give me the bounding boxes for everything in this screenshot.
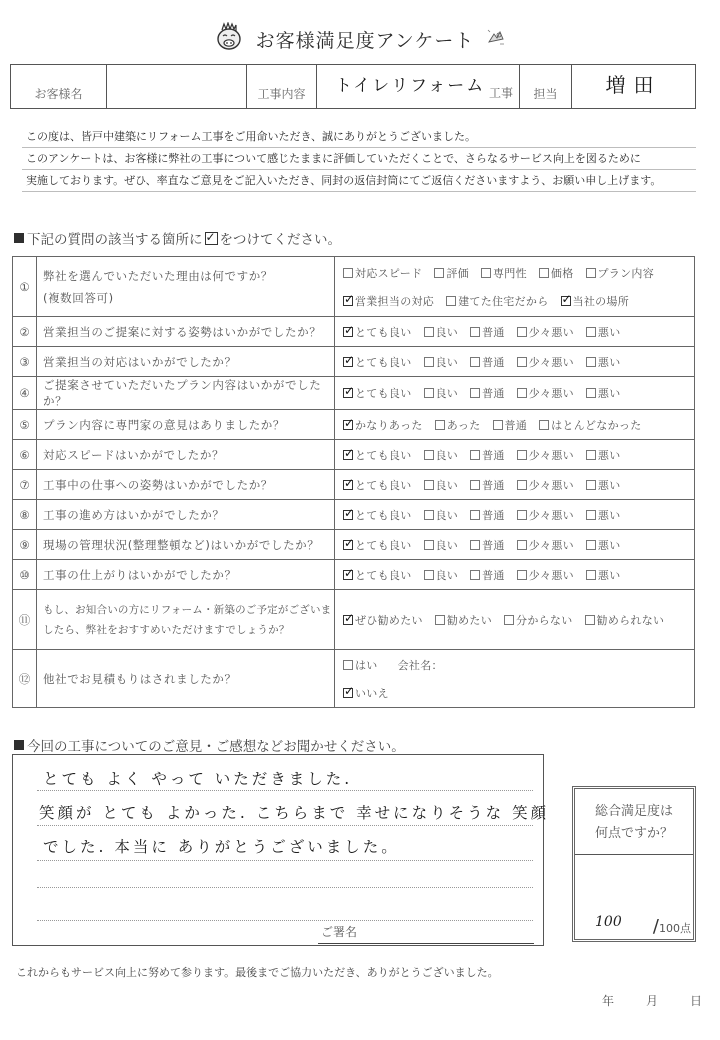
answer-options: とても良い良い普通少々悪い悪い (335, 377, 695, 410)
option-checkbox[interactable]: とても良い (343, 385, 412, 401)
pig-face-icon (214, 22, 244, 56)
option-checkbox[interactable]: 当社の場所 (561, 293, 630, 309)
option-line: ぜひ勧めたい勧めたい分からない勧められない (343, 612, 694, 628)
option-line: とても良い良い普通少々悪い悪い (343, 477, 694, 493)
option-label: 会社名： (398, 657, 443, 673)
option-label: とても良い (355, 447, 412, 463)
checked-box-icon[interactable] (343, 570, 353, 580)
option-label: いいえ (355, 685, 389, 701)
comments-heading: 今回の工事についてのご意見・ご感想などお聞かせください。 (14, 735, 405, 755)
question-number: ③ (13, 347, 37, 377)
questions-heading-after: をつけてください。 (220, 228, 342, 248)
empty-box-icon[interactable] (434, 268, 444, 278)
option-checkbox[interactable]: はい (343, 657, 378, 673)
year-label: 年 (602, 992, 614, 1009)
checked-box-icon[interactable] (343, 615, 353, 625)
comment-rule (37, 790, 533, 791)
customer-name-label: お客様名 (11, 65, 107, 108)
overall-score-box: 総合満足度は 何点ですか？ 100 /100点 (572, 786, 696, 942)
customer-info-table: お客様名 工事内容 トイレリフォーム 工事 担当 増田 (10, 64, 696, 109)
staff-label: 担当 (520, 65, 572, 108)
question-text: 工事の仕上がりはいかがでしたか？ (37, 560, 335, 590)
option-label: 悪い (598, 354, 621, 370)
option-label: 良い (436, 354, 459, 370)
option-label: 少々悪い (529, 354, 574, 370)
option-checkbox[interactable]: 悪い (586, 507, 621, 523)
option-checkbox[interactable]: 分からない (504, 612, 573, 628)
option-line: とても良い良い普通少々悪い悪い (343, 385, 694, 401)
question-number: ⑥ (13, 440, 37, 470)
question-label: 営業担当のご提案に対する姿勢はいかがでしたか？ (43, 324, 334, 340)
empty-box-icon[interactable] (470, 570, 480, 580)
option-checkbox[interactable]: 専門性 (481, 265, 527, 281)
option-label: とても良い (355, 324, 412, 340)
checked-box-icon[interactable] (343, 327, 353, 337)
square-bullet-icon (14, 740, 24, 750)
option-checkbox[interactable]: ぜひ勧めたい (343, 612, 423, 628)
question-text: プラン内容に専門家の意見はありましたか？ (37, 410, 335, 440)
option-label: 価格 (551, 265, 574, 281)
option-checkbox[interactable]: とても良い (343, 477, 412, 493)
intro-text: この度は、皆戸中建築にリフォーム工事をご用命いただき、誠にありがとうございました… (22, 126, 696, 192)
question-text: 工事中の仕事への姿勢はいかがでしたか？ (37, 470, 335, 500)
empty-box-icon[interactable] (470, 480, 480, 490)
option-label: 良い (436, 385, 459, 401)
square-bullet-icon (14, 233, 24, 243)
option-checkbox[interactable]: 少々悪い (517, 477, 574, 493)
empty-box-icon[interactable] (470, 388, 480, 398)
empty-box-icon[interactable] (470, 357, 480, 367)
option-checkbox[interactable]: プラン内容 (586, 265, 655, 281)
checked-box-icon[interactable] (343, 540, 353, 550)
option-checkbox[interactable]: 良い (424, 537, 459, 553)
option-checkbox[interactable]: とても良い (343, 507, 412, 523)
question-label: 弊社を選んでいただいた理由は何ですか？ (43, 268, 334, 284)
question-row: ⑥対応スピードはいかがでしたか？とても良い良い普通少々悪い悪い (13, 440, 695, 470)
question-label: 他社でお見積もりはされましたか？ (43, 671, 334, 687)
option-label: かなりあった (355, 417, 423, 433)
option-label: 良い (436, 507, 459, 523)
option-label: 普通 (482, 537, 505, 553)
option-checkbox[interactable]: 悪い (586, 567, 621, 583)
answer-options: とても良い良い普通少々悪い悪い (335, 317, 695, 347)
option-checkbox[interactable]: 普通 (470, 385, 505, 401)
option-label: 悪い (598, 567, 621, 583)
option-line: とても良い良い普通少々悪い悪い (343, 354, 694, 370)
question-label: 工事中の仕事への姿勢はいかがでしたか？ (43, 477, 334, 493)
work-suffix-label: 工事 (489, 66, 513, 101)
checked-box-icon[interactable] (343, 357, 353, 367)
empty-box-icon[interactable] (343, 268, 353, 278)
question-number: ⑪ (13, 590, 37, 650)
empty-box-icon[interactable] (539, 268, 549, 278)
option-label: 普通 (505, 417, 528, 433)
option-line: いいえ (343, 685, 694, 701)
option-checkbox[interactable]: 価格 (539, 265, 574, 281)
empty-box-icon[interactable] (517, 570, 527, 580)
question-text: 他社でお見積もりはされましたか？ (37, 650, 335, 708)
checked-box-icon[interactable] (343, 450, 353, 460)
question-subtext: (複数回答可) (43, 290, 334, 306)
checked-box-icon[interactable] (343, 296, 353, 306)
question-label: 現場の管理状況(整理整頓など)はいかがでしたか？ (43, 537, 334, 553)
empty-box-icon[interactable] (424, 480, 434, 490)
question-label: プラン内容に専門家の意見はありましたか？ (43, 417, 334, 433)
empty-box-icon[interactable] (446, 296, 456, 306)
title-wrap: お客様満足度アンケート (214, 22, 507, 56)
empty-box-icon[interactable] (586, 388, 596, 398)
empty-box-icon[interactable] (470, 327, 480, 337)
empty-box-icon[interactable] (470, 540, 480, 550)
question-row: ⑧工事の進め方はいかがでしたか？とても良い良い普通少々悪い悪い (13, 500, 695, 530)
empty-box-icon[interactable] (517, 388, 527, 398)
option-line: とても良い良い普通少々悪い悪い (343, 567, 694, 583)
answer-options: とても良い良い普通少々悪い悪い (335, 440, 695, 470)
option-label: 悪い (598, 507, 621, 523)
closing-text: これからもサービス向上に努めて参ります。最後までご協力いただき、ありがとうござい… (16, 964, 499, 980)
option-checkbox[interactable]: 少々悪い (517, 567, 574, 583)
option-line: とても良い良い普通少々悪い悪い (343, 507, 694, 523)
option-label: とても良い (355, 507, 412, 523)
option-checkbox[interactable]: 良い (424, 477, 459, 493)
empty-box-icon[interactable] (517, 510, 527, 520)
staff-value: 増田 (606, 69, 662, 98)
intro-line-3: 実施しております。ぜひ、率直なご意見をご記入いただき、同封の返信封筒にてご返信く… (22, 170, 696, 192)
option-checkbox[interactable]: 良い (424, 507, 459, 523)
intro-line-1: この度は、皆戸中建築にリフォーム工事をご用命いただき、誠にありがとうございました… (22, 126, 696, 148)
option-line: とても良い良い普通少々悪い悪い (343, 537, 694, 553)
empty-box-icon[interactable] (586, 480, 596, 490)
option-label: 悪い (598, 324, 621, 340)
option-checkbox[interactable]: はとんどなかった (539, 417, 641, 433)
work-content-field[interactable]: トイレリフォーム 工事 (317, 65, 520, 108)
option-label: 少々悪い (529, 507, 574, 523)
question-row: ⑨現場の管理状況(整理整頓など)はいかがでしたか？とても良い良い普通少々悪い悪い (13, 530, 695, 560)
option-label: 少々悪い (529, 477, 574, 493)
option-label: 建てた住宅だから (458, 293, 548, 309)
empty-box-icon[interactable] (481, 268, 491, 278)
option-label: 悪い (598, 385, 621, 401)
option-label: とても良い (355, 354, 412, 370)
checked-box-icon[interactable] (343, 510, 353, 520)
option-checkbox[interactable]: 少々悪い (517, 385, 574, 401)
option-checkbox[interactable]: 良い (424, 567, 459, 583)
empty-box-icon[interactable] (586, 570, 596, 580)
date-field[interactable]: 年 月 日 (602, 992, 702, 1009)
question-number: ② (13, 317, 37, 347)
option-checkbox[interactable]: 普通 (470, 567, 505, 583)
option-label: 普通 (482, 324, 505, 340)
option-checkbox[interactable]: とても良い (343, 354, 412, 370)
question-row: ⑪もし、お知合いの方にリフォーム・新築のご予定がございましたら、弊社をおすすめい… (13, 590, 695, 650)
empty-box-icon[interactable] (517, 357, 527, 367)
option-checkbox[interactable]: 少々悪い (517, 354, 574, 370)
option-label: 普通 (482, 385, 505, 401)
comment-line-3: でした. 本当に ありがとうございました。 (43, 835, 400, 857)
empty-box-icon[interactable] (470, 510, 480, 520)
option-label: 普通 (482, 477, 505, 493)
title-row: お客様満足度アンケート (0, 22, 720, 62)
option-checkbox[interactable]: 少々悪い (517, 324, 574, 340)
question-label: 工事の仕上がりはいかがでしたか？ (43, 567, 334, 583)
checked-box-icon[interactable] (561, 296, 571, 306)
option-label: 少々悪い (529, 537, 574, 553)
checkbox-example-icon (205, 232, 218, 245)
question-text: 工事の進め方はいかがでしたか？ (37, 500, 335, 530)
option-line: 営業担当の対応建てた住宅だから当社の場所 (343, 293, 694, 309)
checked-box-icon[interactable] (343, 480, 353, 490)
comment-rule (37, 920, 533, 921)
option-checkbox[interactable]: 普通 (470, 537, 505, 553)
option-checkbox[interactable]: 良い (424, 447, 459, 463)
signature-label: ご署名 (321, 923, 357, 940)
option-label: 悪い (598, 537, 621, 553)
empty-box-icon[interactable] (586, 357, 596, 367)
option-checkbox[interactable]: 悪い (586, 354, 621, 370)
option-checkbox[interactable]: 少々悪い (517, 537, 574, 553)
option-label: 普通 (482, 354, 505, 370)
empty-box-icon[interactable] (424, 327, 434, 337)
option-checkbox[interactable]: とても良い (343, 324, 412, 340)
question-row: ⑩工事の仕上がりはいかがでしたか？とても良い良い普通少々悪い悪い (13, 560, 695, 590)
answer-options: はい会社名：いいえ (335, 650, 695, 708)
question-number: ⑩ (13, 560, 37, 590)
question-text: 対応スピードはいかがでしたか？ (37, 440, 335, 470)
question-label: 対応スピードはいかがでしたか？ (43, 447, 334, 463)
empty-box-icon[interactable] (586, 327, 596, 337)
empty-box-icon[interactable] (517, 327, 527, 337)
option-label: 営業担当の対応 (355, 293, 434, 309)
option-label: とても良い (355, 537, 412, 553)
option-checkbox[interactable]: 悪い (586, 385, 621, 401)
question-number: ⑫ (13, 650, 37, 708)
question-text: ご提案させていただいたプラン内容はいかがでしたか？ (37, 377, 335, 410)
question-row: ④ご提案させていただいたプラン内容はいかがでしたか？とても良い良い普通少々悪い悪… (13, 377, 695, 410)
option-checkbox[interactable]: 良い (424, 324, 459, 340)
empty-box-icon[interactable] (517, 540, 527, 550)
option-label: 良い (436, 567, 459, 583)
option-checkbox[interactable]: 対応スピード (343, 265, 422, 281)
option-checkbox[interactable]: あった (435, 417, 481, 433)
company-name-field[interactable]: 会社名： (398, 657, 443, 673)
option-line: 対応スピード評価専門性価格プラン内容 (343, 265, 694, 281)
option-label: 良い (436, 324, 459, 340)
empty-box-icon[interactable] (343, 660, 353, 670)
option-checkbox[interactable]: 勧めたい (435, 612, 492, 628)
option-line: かなりあったあった普通はとんどなかった (343, 417, 694, 433)
option-checkbox[interactable]: 普通 (470, 354, 505, 370)
option-checkbox[interactable]: とても良い (343, 567, 412, 583)
empty-box-icon[interactable] (586, 540, 596, 550)
question-row: ⑤プラン内容に専門家の意見はありましたか？かなりあったあった普通はとんどなかった (13, 410, 695, 440)
option-checkbox[interactable]: かなりあった (343, 417, 423, 433)
option-label: 勧められない (597, 612, 665, 628)
answer-options: とても良い良い普通少々悪い悪い (335, 347, 695, 377)
option-checkbox[interactable]: 少々悪い (517, 507, 574, 523)
option-checkbox[interactable]: 普通 (470, 507, 505, 523)
answer-options: とても良い良い普通少々悪い悪い (335, 500, 695, 530)
question-row: ⑫他社でお見積もりはされましたか？はい会社名：いいえ (13, 650, 695, 708)
signature-field[interactable] (318, 943, 534, 944)
option-label: 当社の場所 (573, 293, 630, 309)
comments-box[interactable]: とても よく やって いただきました. 笑顔が とても よかった. こちらまで … (12, 754, 544, 946)
option-checkbox[interactable]: 普通 (470, 324, 505, 340)
day-label: 日 (690, 992, 702, 1009)
question-row: ①弊社を選んでいただいた理由は何ですか？(複数回答可)対応スピード評価専門性価格… (13, 257, 695, 317)
question-row: ②営業担当のご提案に対する姿勢はいかがでしたか？とても良い良い普通少々悪い悪い (13, 317, 695, 347)
score-value[interactable]: 100 (595, 914, 622, 930)
comment-line-2: 笑顔が とても よかった. こちらまで 幸せになりそうな 笑顔 (39, 801, 549, 823)
empty-box-icon[interactable] (493, 420, 503, 430)
option-checkbox[interactable]: 悪い (586, 477, 621, 493)
option-label: 対応スピード (355, 265, 422, 281)
comments-heading-text: 今回の工事についてのご意見・ご感想などお聞かせください。 (27, 735, 405, 755)
empty-box-icon[interactable] (585, 615, 595, 625)
empty-box-icon[interactable] (424, 510, 434, 520)
question-number: ⑤ (13, 410, 37, 440)
option-label: あった (447, 417, 481, 433)
option-line: とても良い良い普通少々悪い悪い (343, 324, 694, 340)
empty-box-icon[interactable] (435, 615, 445, 625)
option-label: 普通 (482, 447, 505, 463)
empty-box-icon[interactable] (424, 570, 434, 580)
question-text: 弊社を選んでいただいた理由は何ですか？(複数回答可) (37, 257, 335, 317)
option-label: 良い (436, 447, 459, 463)
option-label: とても良い (355, 385, 412, 401)
option-label: ぜひ勧めたい (355, 612, 423, 628)
score-max: /100点 (653, 916, 691, 937)
option-label: 悪い (598, 477, 621, 493)
empty-box-icon[interactable] (424, 450, 434, 460)
question-number: ⑨ (13, 530, 37, 560)
option-label: 悪い (598, 447, 621, 463)
question-number: ① (13, 257, 37, 317)
empty-box-icon[interactable] (424, 357, 434, 367)
option-label: 少々悪い (529, 385, 574, 401)
empty-box-icon[interactable] (539, 420, 549, 430)
option-checkbox[interactable]: 評価 (434, 265, 469, 281)
month-label: 月 (646, 992, 658, 1009)
bird-decoration-icon (486, 27, 506, 51)
work-content-value: トイレリフォーム (335, 71, 485, 96)
question-label: ご提案させていただいたプラン内容はいかがでしたか？ (43, 377, 334, 409)
intro-line-2: このアンケートは、お客様に弊社の工事について感じたままに評価していただくことで、… (22, 148, 696, 170)
option-checkbox[interactable]: 普通 (470, 447, 505, 463)
answer-options: とても良い良い普通少々悪い悪い (335, 470, 695, 500)
option-checkbox[interactable]: 営業担当の対応 (343, 293, 434, 309)
empty-box-icon[interactable] (586, 268, 596, 278)
option-label: 良い (436, 477, 459, 493)
empty-box-icon[interactable] (586, 510, 596, 520)
option-label: 少々悪い (529, 567, 574, 583)
option-checkbox[interactable]: とても良い (343, 447, 412, 463)
question-label: もし、お知合いの方にリフォーム・新築のご予定がございましたら、弊社をおすすめいた… (43, 600, 334, 640)
answer-options: とても良い良い普通少々悪い悪い (335, 530, 695, 560)
option-checkbox[interactable]: 悪い (586, 537, 621, 553)
score-max-label: 100点 (659, 922, 691, 935)
empty-box-icon[interactable] (517, 450, 527, 460)
option-checkbox[interactable]: いいえ (343, 685, 389, 701)
question-text: もし、お知合いの方にリフォーム・新築のご予定がございましたら、弊社をおすすめいた… (37, 590, 335, 650)
checked-box-icon[interactable] (343, 420, 353, 430)
option-label: 評価 (446, 265, 469, 281)
comment-rule (37, 825, 533, 826)
option-label: 少々悪い (529, 324, 574, 340)
question-label: 工事の進め方はいかがでしたか？ (43, 507, 334, 523)
question-row: ⑦工事中の仕事への姿勢はいかがでしたか？とても良い良い普通少々悪い悪い (13, 470, 695, 500)
option-checkbox[interactable]: 良い (424, 354, 459, 370)
empty-box-icon[interactable] (424, 388, 434, 398)
staff-field[interactable]: 増田 (572, 65, 695, 108)
score-question-line-2: 何点ですか？ (575, 823, 693, 845)
option-label: はい (355, 657, 378, 673)
option-label: 分からない (516, 612, 573, 628)
comment-line-1: とても よく やって いただきました. (43, 767, 352, 789)
empty-box-icon[interactable] (517, 480, 527, 490)
questions-heading-before: 下記の質問の該当する箇所に (27, 228, 203, 248)
comment-rule (37, 887, 533, 888)
empty-box-icon[interactable] (470, 450, 480, 460)
option-label: はとんどなかった (551, 417, 641, 433)
question-text: 営業担当の対応はいかがでしたか？ (37, 347, 335, 377)
answer-options: かなりあったあった普通はとんどなかった (335, 410, 695, 440)
question-number: ④ (13, 377, 37, 410)
option-line: とても良い良い普通少々悪い悪い (343, 447, 694, 463)
option-label: とても良い (355, 567, 412, 583)
option-checkbox[interactable]: 勧められない (585, 612, 665, 628)
questions-heading: 下記の質問の該当する箇所に をつけてください。 (14, 228, 341, 248)
answer-options: 対応スピード評価専門性価格プラン内容営業担当の対応建てた住宅だから当社の場所 (335, 257, 695, 317)
comment-rule (37, 860, 533, 861)
question-text: 営業担当のご提案に対する姿勢はいかがでしたか？ (37, 317, 335, 347)
question-number: ⑧ (13, 500, 37, 530)
customer-name-field[interactable] (107, 65, 247, 108)
form-title: お客様満足度アンケート (256, 26, 475, 53)
option-checkbox[interactable]: 良い (424, 385, 459, 401)
option-checkbox[interactable]: 建てた住宅だから (446, 293, 548, 309)
option-label: プラン内容 (598, 265, 655, 281)
option-label: 勧めたい (447, 612, 492, 628)
option-label: 良い (436, 537, 459, 553)
question-number: ⑦ (13, 470, 37, 500)
empty-box-icon[interactable] (504, 615, 514, 625)
empty-box-icon[interactable] (586, 450, 596, 460)
question-text: 現場の管理状況(整理整頓など)はいかがでしたか？ (37, 530, 335, 560)
option-label: 少々悪い (529, 447, 574, 463)
option-checkbox[interactable]: 悪い (586, 447, 621, 463)
option-checkbox[interactable]: 普通 (493, 417, 528, 433)
empty-box-icon[interactable] (435, 420, 445, 430)
score-question-line-1: 総合満足度は (575, 801, 693, 823)
checked-box-icon[interactable] (343, 388, 353, 398)
option-label: 専門性 (493, 265, 527, 281)
checked-box-icon[interactable] (343, 688, 353, 698)
answer-options: ぜひ勧めたい勧めたい分からない勧められない (335, 590, 695, 650)
option-checkbox[interactable]: 悪い (586, 324, 621, 340)
score-question: 総合満足度は 何点ですか？ (575, 789, 693, 855)
option-checkbox[interactable]: 普通 (470, 477, 505, 493)
option-checkbox[interactable]: 少々悪い (517, 447, 574, 463)
work-content-label: 工事内容 (247, 65, 317, 108)
question-label: 営業担当の対応はいかがでしたか？ (43, 354, 334, 370)
option-label: 普通 (482, 507, 505, 523)
answer-options: とても良い良い普通少々悪い悪い (335, 560, 695, 590)
option-checkbox[interactable]: とても良い (343, 537, 412, 553)
question-row: ③営業担当の対応はいかがでしたか？とても良い良い普通少々悪い悪い (13, 347, 695, 377)
option-label: 普通 (482, 567, 505, 583)
empty-box-icon[interactable] (424, 540, 434, 550)
option-label: とても良い (355, 477, 412, 493)
